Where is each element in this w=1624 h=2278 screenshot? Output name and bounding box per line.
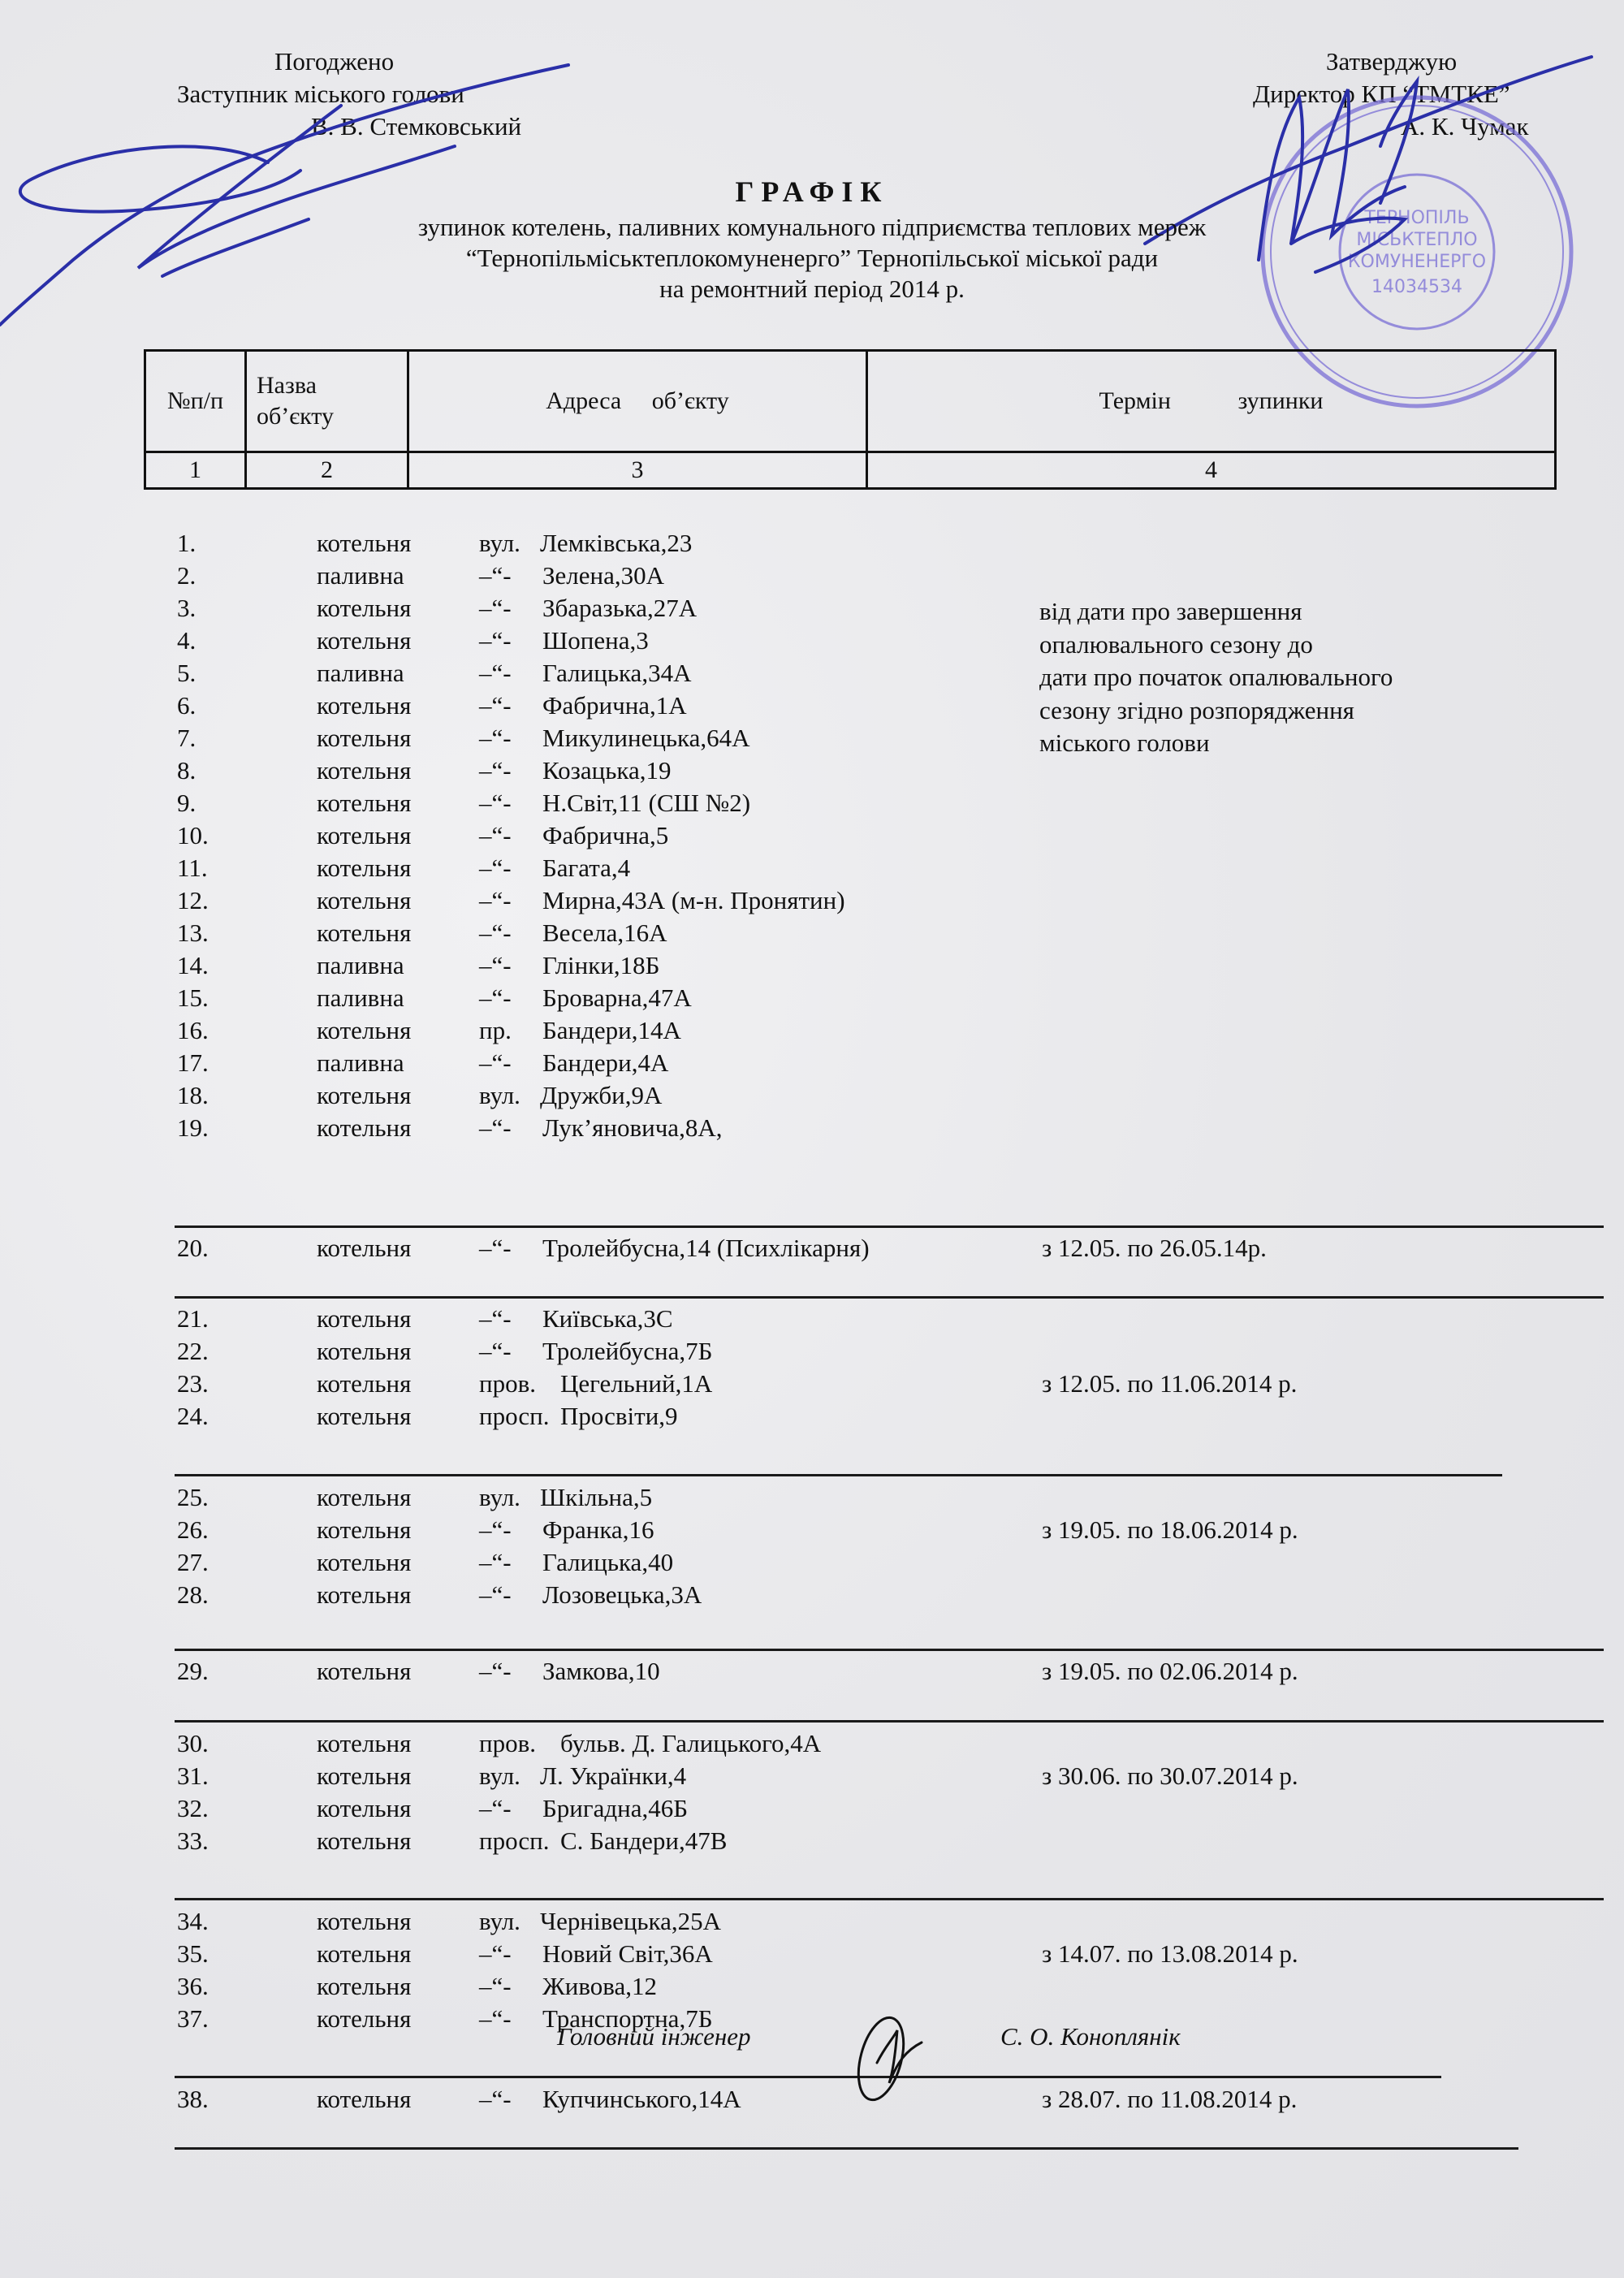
header-index-2: 2 xyxy=(246,452,408,489)
object-type: котельня xyxy=(317,1792,411,1825)
row-number: 20. xyxy=(177,1232,209,1264)
object-address: Дружби,9А xyxy=(540,1079,662,1112)
object-type: котельня xyxy=(317,884,411,917)
row-number: 34. xyxy=(177,1905,209,1938)
object-type: котельня xyxy=(317,1970,411,2003)
object-address: Галицька,34А xyxy=(542,657,691,689)
seasonal-term-note: від дати про завершення опалювального се… xyxy=(1039,595,1393,760)
object-type: паливна xyxy=(317,560,404,592)
stop-term: з 12.05. по 26.05.14р. xyxy=(1042,1232,1267,1264)
object-type: котельня xyxy=(317,1079,411,1112)
footer-name: С. О. Коноплянік xyxy=(1000,2022,1181,2051)
group-divider xyxy=(175,1474,1502,1476)
stop-term: з 19.05. по 02.06.2014 р. xyxy=(1042,1655,1298,1688)
address-prefix: –“- xyxy=(479,1970,512,2003)
object-type: котельня xyxy=(317,1514,411,1546)
object-type: паливна xyxy=(317,982,404,1014)
object-type: котельня xyxy=(317,1112,411,1144)
stop-term: з 28.07. по 11.08.2014 р. xyxy=(1042,2083,1297,2116)
object-address: Бандери,14А xyxy=(542,1014,681,1047)
object-address: Тролейбусна,14 (Психлікарня) xyxy=(542,1232,870,1264)
object-address: Бригадна,46Б xyxy=(542,1792,688,1825)
row-number: 25. xyxy=(177,1481,209,1514)
object-type: котельня xyxy=(317,1368,411,1400)
object-type: котельня xyxy=(317,592,411,625)
object-type: котельня xyxy=(317,625,411,657)
address-prefix: –“- xyxy=(479,1232,512,1264)
address-prefix: –“- xyxy=(479,884,512,917)
row-number: 18. xyxy=(177,1079,209,1112)
address-prefix: –“- xyxy=(479,1792,512,1825)
address-prefix: –“- xyxy=(479,1514,512,1546)
object-address: Весела,16А xyxy=(542,917,667,949)
address-prefix: –“- xyxy=(479,1546,512,1579)
object-address: Лук’яновича,8А, xyxy=(542,1112,722,1144)
row-number: 7. xyxy=(177,722,196,754)
group-divider xyxy=(175,1720,1604,1723)
stop-term: з 30.06. по 30.07.2014 р. xyxy=(1042,1760,1298,1792)
object-address: Галицька,40 xyxy=(542,1546,673,1579)
address-prefix: –“- xyxy=(479,1938,512,1970)
row-number: 38. xyxy=(177,2083,209,2116)
schedule-table-header: №п/п Назва об’єкту Адреса об’єкту Термін… xyxy=(144,349,1557,490)
object-type: котельня xyxy=(317,689,411,722)
stop-term: з 14.07. по 13.08.2014 р. xyxy=(1042,1938,1298,1970)
row-number: 15. xyxy=(177,982,209,1014)
document-subtitle-line-2: “Тернопільміськтеплокомуненерго” Тернопі… xyxy=(0,243,1624,274)
address-prefix: –“- xyxy=(479,819,512,852)
address-prefix: вул. xyxy=(479,1481,520,1514)
row-number: 3. xyxy=(177,592,196,625)
object-address: Лемківська,23 xyxy=(540,527,692,560)
object-type: котельня xyxy=(317,1655,411,1688)
stop-term: з 12.05. по 11.06.2014 р. xyxy=(1042,1368,1297,1400)
address-prefix: –“- xyxy=(479,1303,512,1335)
object-type: котельня xyxy=(317,1546,411,1579)
object-address: Фабрична,5 xyxy=(542,819,668,852)
object-address: Зелена,30А xyxy=(542,560,664,592)
object-address: Тролейбусна,7Б xyxy=(542,1335,712,1368)
object-address: С. Бандери,47В xyxy=(560,1825,727,1857)
address-prefix: вул. xyxy=(479,1760,520,1792)
header-index-3: 3 xyxy=(408,452,867,489)
group-divider xyxy=(175,1225,1604,1228)
row-number: 37. xyxy=(177,2003,209,2035)
address-prefix: –“- xyxy=(479,1579,512,1611)
group-divider xyxy=(175,1898,1604,1900)
seasonal-note-line-1: від дати про завершення xyxy=(1039,595,1393,629)
seasonal-note-line-3: дати про початок опалювального xyxy=(1039,661,1393,694)
object-type: котельня xyxy=(317,722,411,754)
address-prefix: пр. xyxy=(479,1014,512,1047)
object-address: Глінки,18Б xyxy=(542,949,659,982)
group-divider xyxy=(175,2147,1518,2150)
object-type: котельня xyxy=(317,1481,411,1514)
row-number: 17. xyxy=(177,1047,209,1079)
row-number: 16. xyxy=(177,1014,209,1047)
object-address: Шкільна,5 xyxy=(540,1481,652,1514)
object-address: Просвіти,9 xyxy=(560,1400,678,1433)
group-divider xyxy=(175,1296,1604,1299)
address-prefix: пров. xyxy=(479,1368,536,1400)
address-prefix: вул. xyxy=(479,1079,520,1112)
object-type: котельня xyxy=(317,2083,411,2116)
object-type: котельня xyxy=(317,917,411,949)
address-prefix: –“- xyxy=(479,592,512,625)
address-prefix: –“- xyxy=(479,560,512,592)
row-number: 9. xyxy=(177,787,196,819)
address-prefix: –“- xyxy=(479,1047,512,1079)
object-type: котельня xyxy=(317,1303,411,1335)
seasonal-note-line-2: опалювального сезону до xyxy=(1039,629,1393,662)
address-prefix: просп. xyxy=(479,1400,549,1433)
document-title: ГРАФІК xyxy=(0,175,1624,209)
object-address: Шопена,3 xyxy=(542,625,649,657)
row-number: 23. xyxy=(177,1368,209,1400)
row-number: 29. xyxy=(177,1655,209,1688)
object-address: Фабрична,1А xyxy=(542,689,687,722)
row-number: 2. xyxy=(177,560,196,592)
stop-term: з 19.05. по 18.06.2014 р. xyxy=(1042,1514,1298,1546)
object-type: котельня xyxy=(317,527,411,560)
row-number: 32. xyxy=(177,1792,209,1825)
row-number: 10. xyxy=(177,819,209,852)
signature-chief-engineer xyxy=(849,2014,938,2103)
address-prefix: –“- xyxy=(479,1335,512,1368)
address-prefix: вул. xyxy=(479,1905,520,1938)
address-prefix: –“- xyxy=(479,754,512,787)
header-object-name-text: Назва об’єкту xyxy=(257,370,378,432)
header-term: Термін зупинки xyxy=(867,351,1556,452)
row-number: 12. xyxy=(177,884,209,917)
object-address: Купчинського,14А xyxy=(542,2083,741,2116)
address-prefix: –“- xyxy=(479,2083,512,2116)
header-number: №п/п xyxy=(145,351,246,452)
row-number: 26. xyxy=(177,1514,209,1546)
object-type: котельня xyxy=(317,754,411,787)
object-type: паливна xyxy=(317,1047,404,1079)
row-number: 6. xyxy=(177,689,196,722)
object-type: котельня xyxy=(317,1400,411,1433)
row-number: 14. xyxy=(177,949,209,982)
object-address: Козацька,19 xyxy=(542,754,671,787)
object-type: котельня xyxy=(317,2003,411,2035)
header-index-4: 4 xyxy=(867,452,1556,489)
header-object-name: Назва об’єкту xyxy=(246,351,408,452)
seasonal-note-line-4: сезону згідно розпорядження xyxy=(1039,694,1393,728)
object-address: Київська,3С xyxy=(542,1303,673,1335)
address-prefix: –“- xyxy=(479,1112,512,1144)
address-prefix: просп. xyxy=(479,1825,549,1857)
row-number: 4. xyxy=(177,625,196,657)
row-number: 30. xyxy=(177,1727,209,1760)
address-prefix: –“- xyxy=(479,1655,512,1688)
row-number: 19. xyxy=(177,1112,209,1144)
document-subtitle-line-3: на ремонтний період 2014 р. xyxy=(0,274,1624,305)
object-address: Лозовецька,3А xyxy=(542,1579,702,1611)
object-type: котельня xyxy=(317,1905,411,1938)
row-number: 5. xyxy=(177,657,196,689)
row-number: 22. xyxy=(177,1335,209,1368)
object-type: котельня xyxy=(317,1232,411,1264)
object-address: Франка,16 xyxy=(542,1514,654,1546)
address-prefix: –“- xyxy=(479,787,512,819)
address-prefix: пров. xyxy=(479,1727,536,1760)
object-type: котельня xyxy=(317,1335,411,1368)
object-address: Цегельний,1А xyxy=(560,1368,712,1400)
object-type: котельня xyxy=(317,1014,411,1047)
object-address: Чернівецька,25А xyxy=(540,1905,721,1938)
object-address: Н.Світ,11 (СШ №2) xyxy=(542,787,750,819)
address-prefix: –“- xyxy=(479,657,512,689)
row-number: 33. xyxy=(177,1825,209,1857)
object-address: Мирна,43А (м-н. Пронятин) xyxy=(542,884,845,917)
group-divider xyxy=(175,2076,1441,2078)
object-type: котельня xyxy=(317,1825,411,1857)
row-number: 21. xyxy=(177,1303,209,1335)
document-subtitle-line-1: зупинок котелень, паливних комунального … xyxy=(0,212,1624,243)
object-type: котельня xyxy=(317,1760,411,1792)
address-prefix: –“- xyxy=(479,625,512,657)
group-divider xyxy=(175,1649,1604,1651)
header-index-1: 1 xyxy=(145,452,246,489)
object-address: Микулинецька,64А xyxy=(542,722,750,754)
object-type: котельня xyxy=(317,1938,411,1970)
address-prefix: –“- xyxy=(479,689,512,722)
object-address: Замкова,10 xyxy=(542,1655,660,1688)
object-address: Збаразька,27А xyxy=(542,592,697,625)
object-type: котельня xyxy=(317,852,411,884)
object-type: котельня xyxy=(317,787,411,819)
row-number: 36. xyxy=(177,1970,209,2003)
object-type: паливна xyxy=(317,657,404,689)
object-address: бульв. Д. Галицького,4А xyxy=(560,1727,821,1760)
row-number: 1. xyxy=(177,527,196,560)
object-type: паливна xyxy=(317,949,404,982)
object-type: котельня xyxy=(317,1727,411,1760)
address-prefix: –“- xyxy=(479,2003,512,2035)
row-number: 27. xyxy=(177,1546,209,1579)
row-number: 11. xyxy=(177,852,208,884)
seasonal-note-line-5: міського голови xyxy=(1039,727,1393,760)
row-number: 8. xyxy=(177,754,196,787)
address-prefix: вул. xyxy=(479,527,520,560)
object-type: котельня xyxy=(317,819,411,852)
row-number: 28. xyxy=(177,1579,209,1611)
address-prefix: –“- xyxy=(479,949,512,982)
object-address: Новий Світ,36А xyxy=(542,1938,713,1970)
object-address: Живова,12 xyxy=(542,1970,657,2003)
object-type: котельня xyxy=(317,1579,411,1611)
address-prefix: –“- xyxy=(479,982,512,1014)
object-address: Бандери,4А xyxy=(542,1047,668,1079)
row-number: 35. xyxy=(177,1938,209,1970)
object-address: Багата,4 xyxy=(542,852,630,884)
row-number: 31. xyxy=(177,1760,209,1792)
address-prefix: –“- xyxy=(479,722,512,754)
object-address: Л. Українки,4 xyxy=(540,1760,686,1792)
header-address: Адреса об’єкту xyxy=(408,351,867,452)
footer-position: Головний інженер xyxy=(557,2022,751,2051)
row-number: 13. xyxy=(177,917,209,949)
row-number: 24. xyxy=(177,1400,209,1433)
address-prefix: –“- xyxy=(479,852,512,884)
object-address: Броварна,47А xyxy=(542,982,692,1014)
address-prefix: –“- xyxy=(479,917,512,949)
